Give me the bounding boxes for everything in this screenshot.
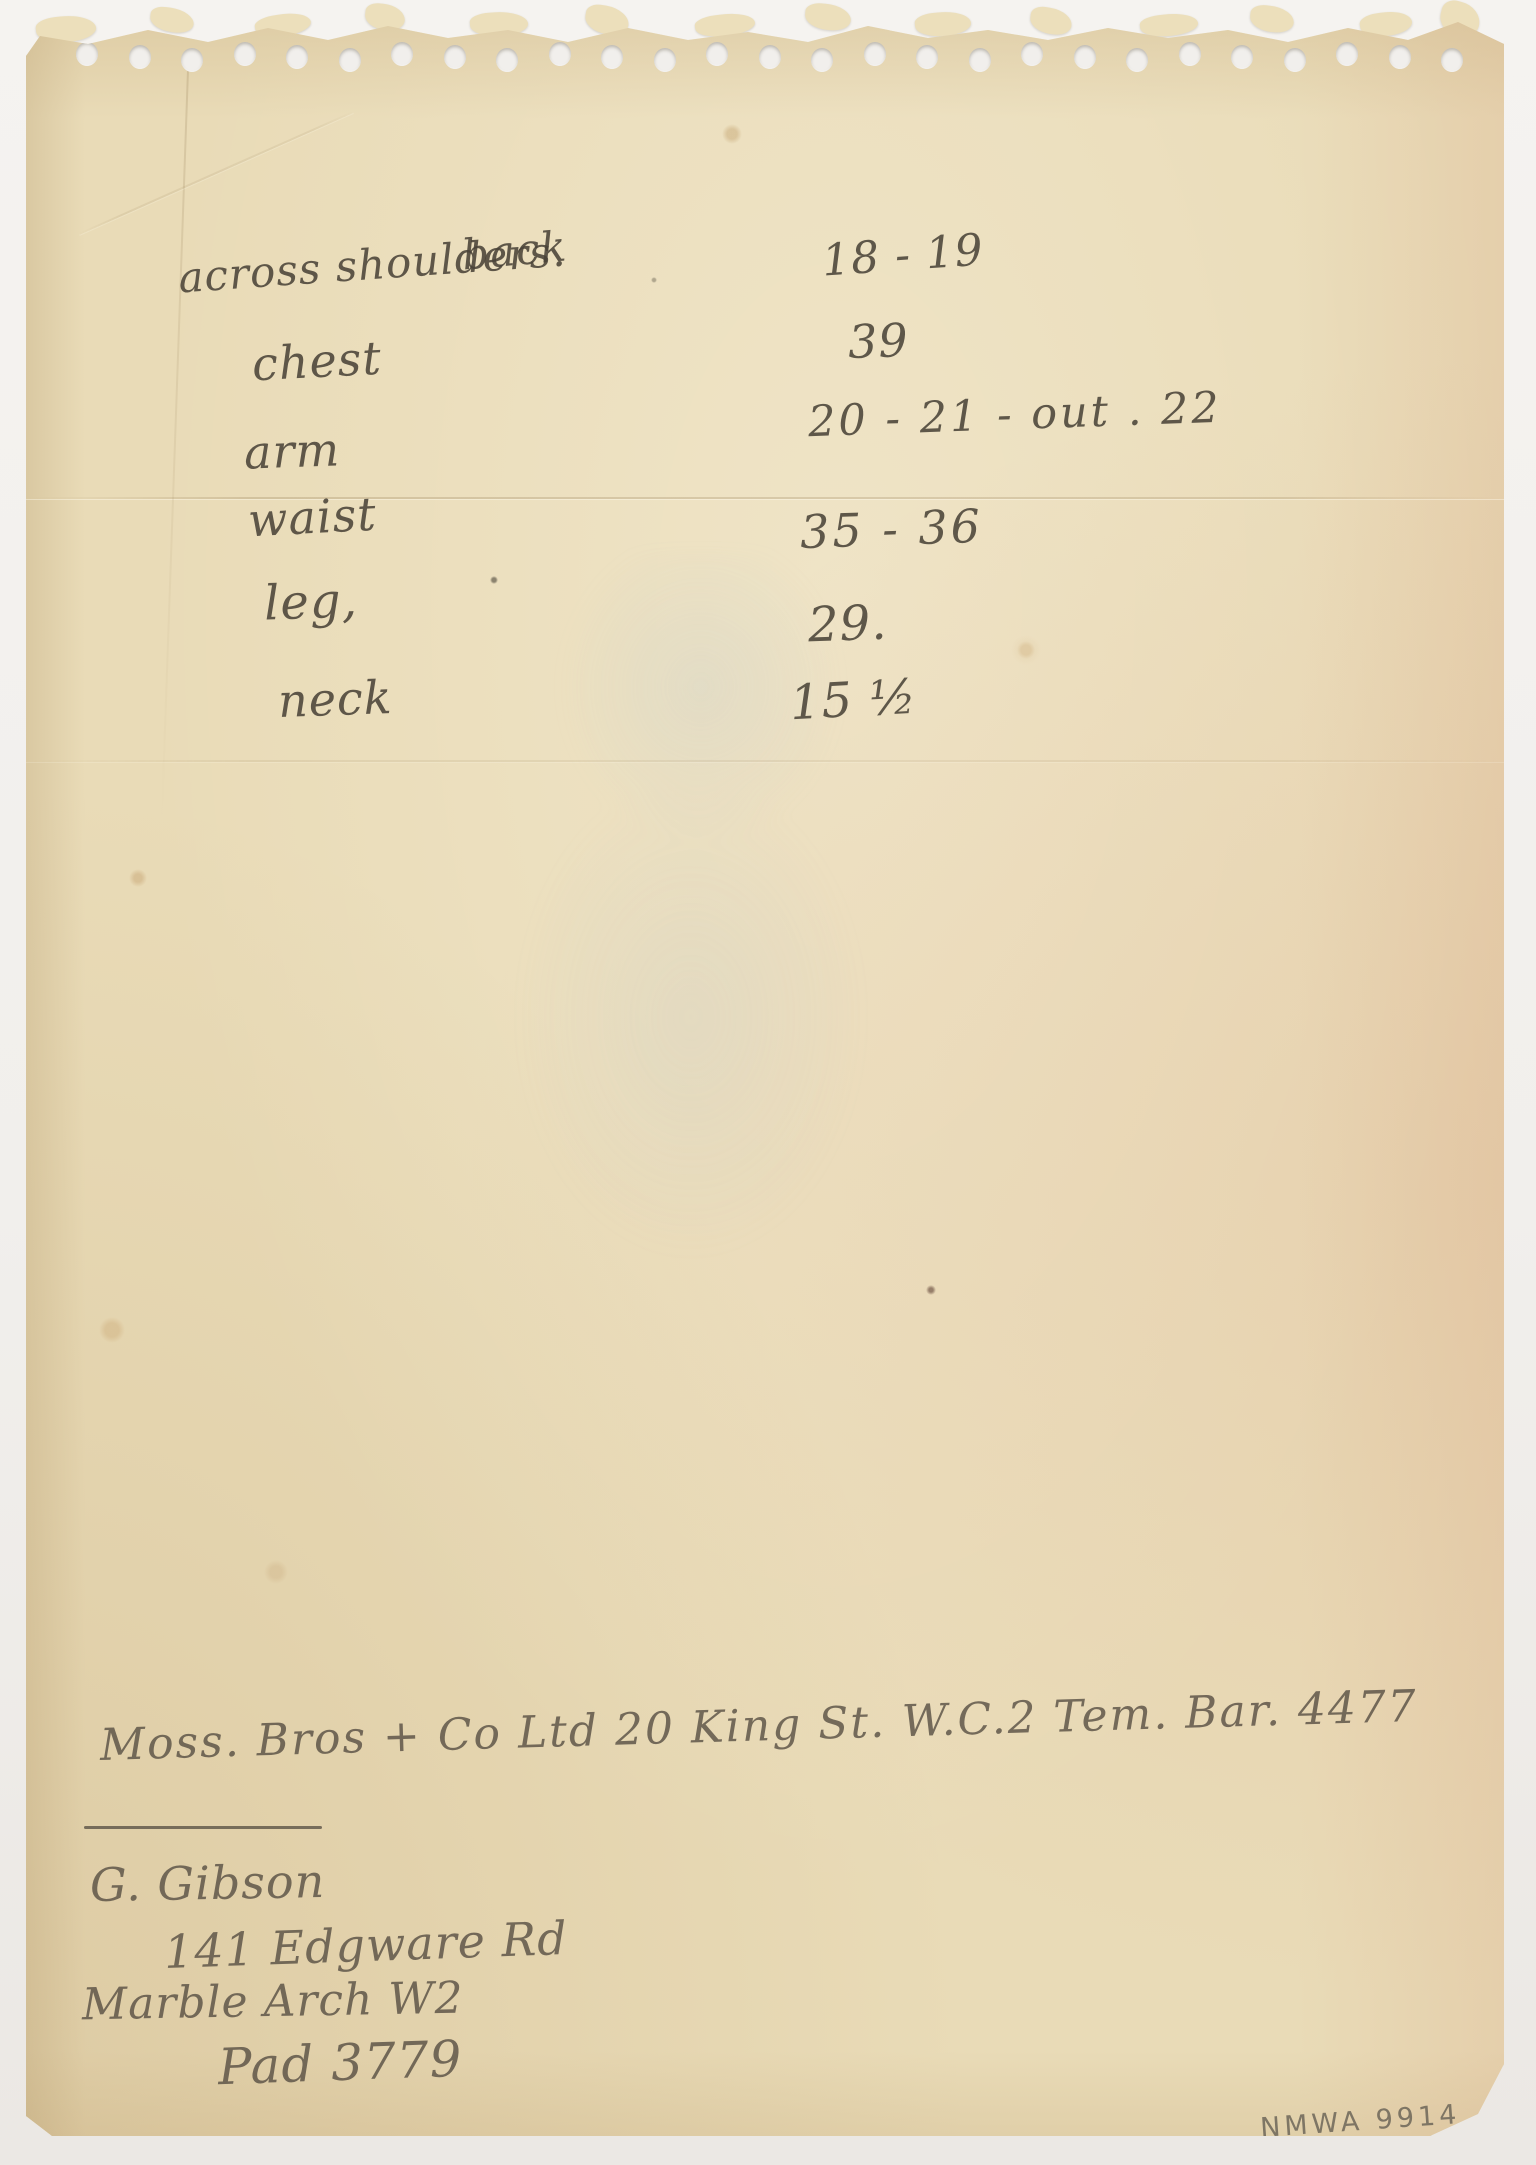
perforation-hole bbox=[864, 42, 886, 66]
measurement-label: arm bbox=[243, 426, 341, 475]
measurement-label: neck bbox=[277, 674, 393, 724]
perforation-hole bbox=[496, 48, 518, 72]
crease bbox=[161, 62, 190, 822]
perforation-hole bbox=[234, 42, 256, 66]
perforation-hole bbox=[129, 45, 151, 69]
perforation-hole bbox=[969, 48, 991, 72]
perforation-hole bbox=[1389, 45, 1411, 69]
measurement-value: 39 bbox=[847, 317, 909, 365]
torn-edge-tab bbox=[804, 2, 852, 32]
supplier-underline bbox=[84, 1826, 322, 1829]
perforation-hole bbox=[1179, 42, 1201, 66]
perforation-hole bbox=[76, 42, 98, 66]
customer-phone: Pad 3779 bbox=[217, 2034, 463, 2092]
customer-address-line1: 141 Edgware Rd bbox=[163, 1915, 568, 1975]
perforation-hole bbox=[1284, 48, 1306, 72]
archive-number: NMWA 9914 bbox=[1259, 2101, 1461, 2142]
perforation-hole bbox=[181, 48, 203, 72]
notebook-page: across shoulders. back 18 - 19 chest 39 … bbox=[26, 12, 1504, 2136]
perforation-hole bbox=[339, 48, 361, 72]
perforation-hole bbox=[1074, 45, 1096, 69]
perforation-hole bbox=[601, 45, 623, 69]
perforation-hole bbox=[1336, 42, 1358, 66]
perforation-hole bbox=[391, 42, 413, 66]
measurement-value: 18 - 19 bbox=[821, 228, 986, 283]
perforation-hole bbox=[706, 42, 728, 66]
measurement-label: chest bbox=[251, 335, 383, 388]
measurement-value: 35 - 36 bbox=[799, 503, 983, 555]
perforation-hole bbox=[549, 42, 571, 66]
crease bbox=[79, 111, 354, 235]
perforation-hole bbox=[811, 48, 833, 72]
torn-edge-tab bbox=[149, 5, 196, 35]
supplier-line: Moss. Bros + Co Ltd 20 King St. W.C.2 Te… bbox=[99, 1685, 1418, 1768]
customer-address-line2: Marble Arch W2 bbox=[82, 1977, 464, 2028]
customer-name: G. Gibson bbox=[90, 1858, 326, 1908]
perforation-hole bbox=[1126, 48, 1148, 72]
perforation-hole bbox=[759, 45, 781, 69]
measurement-label: leg, bbox=[263, 576, 358, 627]
perforation-hole bbox=[916, 45, 938, 69]
torn-edge-tab bbox=[1249, 4, 1295, 34]
measurement-value: 15 ½ bbox=[789, 673, 918, 728]
perforation-hole bbox=[654, 48, 676, 72]
ghost-showthrough-image bbox=[446, 552, 936, 1302]
perforation-hole bbox=[1441, 48, 1463, 72]
perforation-hole bbox=[1231, 45, 1253, 69]
measurement-value: 29. bbox=[807, 599, 888, 650]
measurement-label: waist bbox=[247, 491, 378, 544]
measurement-value: 20 - 21 - out . 22 bbox=[807, 387, 1222, 444]
torn-edge-tab bbox=[1028, 5, 1074, 37]
scanned-notebook-sheet: across shoulders. back 18 - 19 chest 39 … bbox=[0, 0, 1536, 2165]
perforation-hole bbox=[1021, 42, 1043, 66]
perforation-hole bbox=[444, 45, 466, 69]
measurement-qualifier: back bbox=[460, 226, 568, 277]
perforation-hole bbox=[286, 45, 308, 69]
